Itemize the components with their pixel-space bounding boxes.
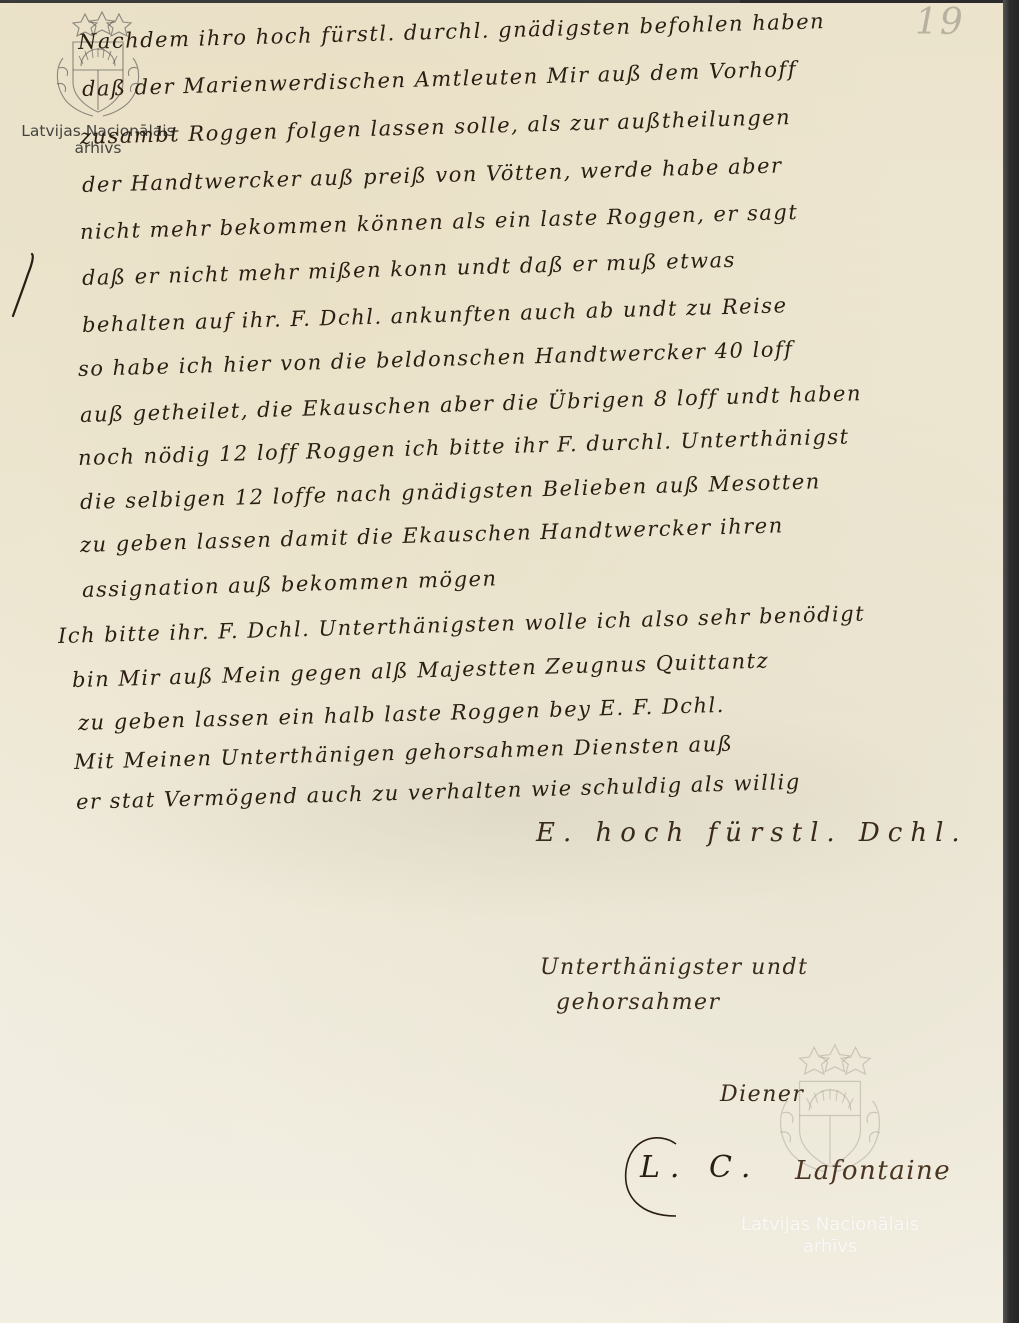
closing-line: Unterthänigster undt bbox=[540, 955, 808, 980]
margin-mark-icon bbox=[10, 250, 36, 320]
closing-salutation: E. hoch fürstl. Dchl. bbox=[536, 818, 968, 848]
page-number: 19 bbox=[915, 2, 965, 43]
signature-initials: L. C. bbox=[640, 1150, 760, 1185]
scan-top-edge bbox=[0, 0, 740, 3]
signature-name: Lafontaine bbox=[795, 1156, 951, 1186]
closing-line: Diener bbox=[720, 1082, 804, 1107]
document-scan: 19 Latvijas Nacionālais arhīvs bbox=[0, 0, 1019, 1323]
scan-right-edge bbox=[1003, 0, 1019, 1323]
closing-line: gehorsahmer bbox=[556, 990, 721, 1015]
